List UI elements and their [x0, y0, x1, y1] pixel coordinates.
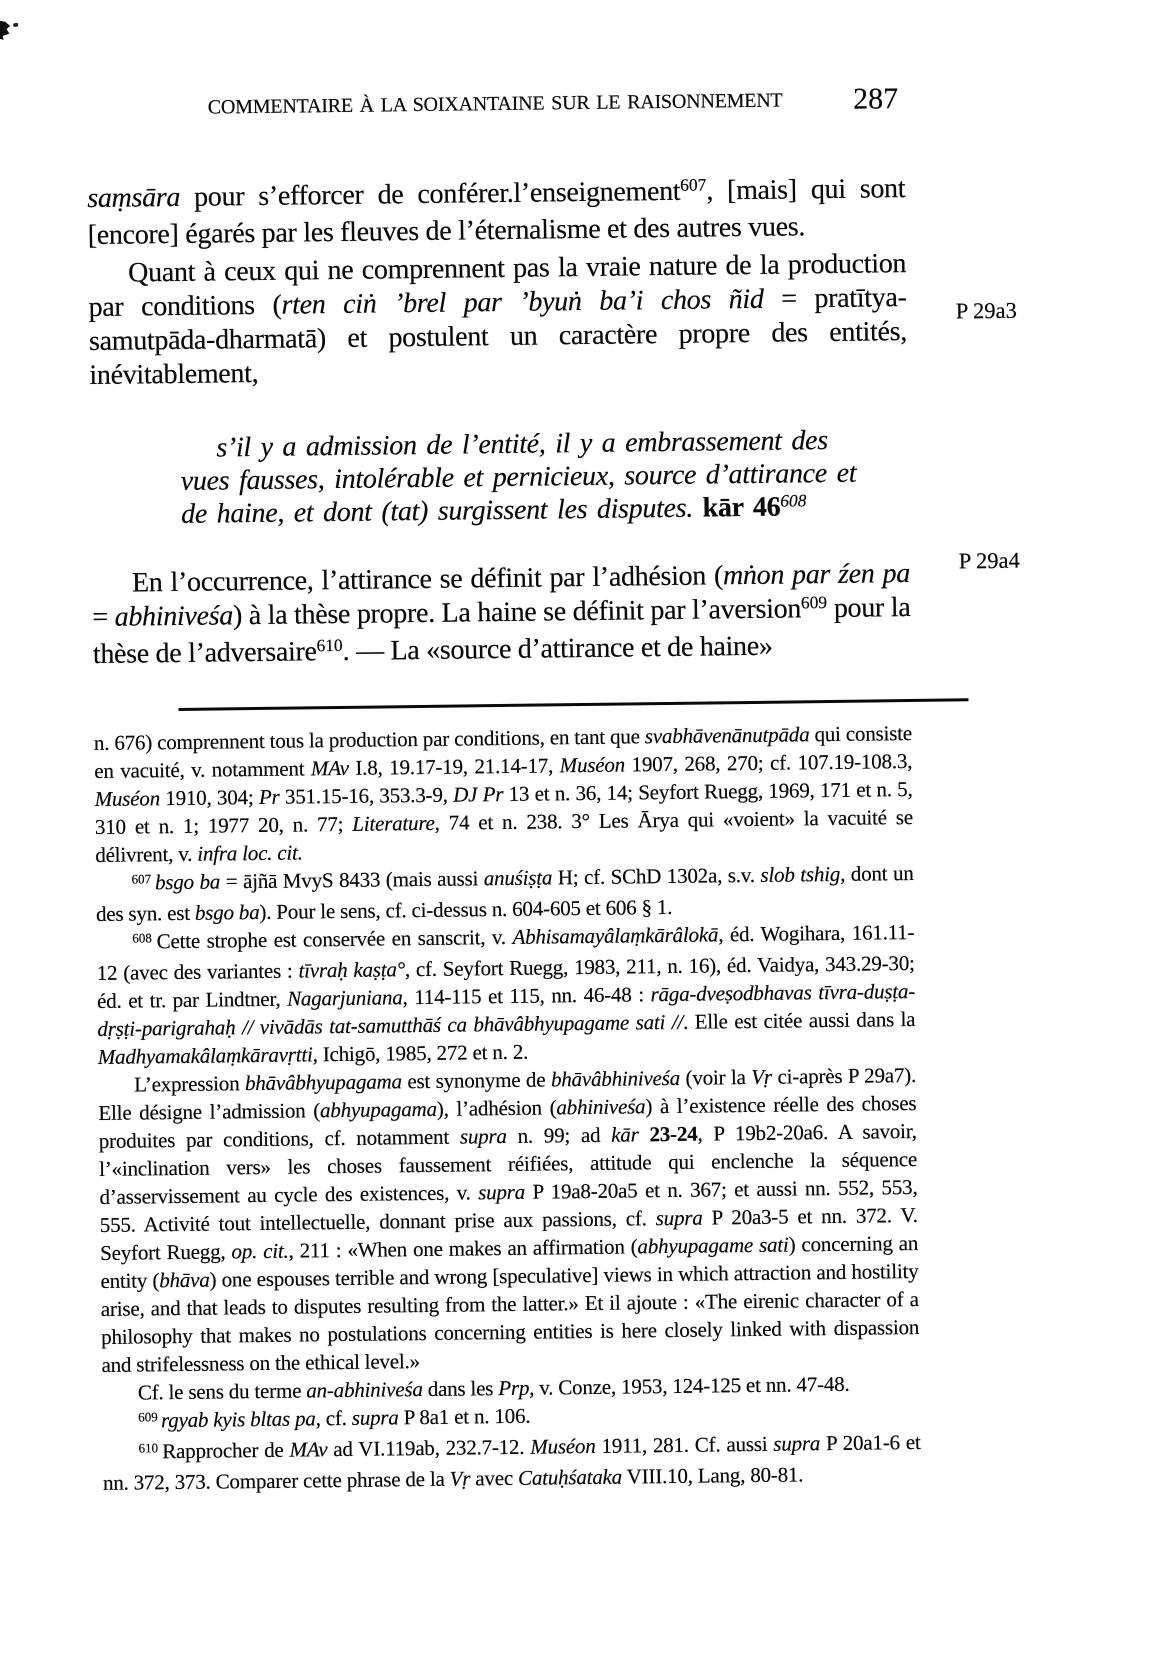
body-paragraph-production: Quant à ceux qui ne comprennent pas la v… [88, 247, 908, 393]
body-paragraph-samsara: saṃsāra pour s’efforcer de conférer.l’en… [87, 172, 906, 253]
page-number: 287 [853, 82, 898, 117]
verse-kar-46: s’il y a admission de l’entité, il y a e… [180, 424, 859, 534]
body-paragraph-occurrence: En l’occurrence, l’attirance se définit … [92, 557, 911, 675]
margin-note-p29a3: P 29a3 [956, 298, 1017, 325]
ink-smudge-artifact [0, 20, 10, 40]
verse-line: de haine, et dont (tat) surgissent les d… [181, 490, 859, 534]
footnote-separator-rule [179, 698, 969, 711]
footnote-607: 607 bsgo ba = ājñā MvyS 8433 (mais aussi… [95, 859, 914, 928]
margin-note-p29a4: P 29a4 [959, 548, 1020, 575]
footnote-continuation: n. 676) comprennent tous la production p… [94, 719, 914, 869]
footnotes-block: n. 676) comprennent tous la production p… [94, 719, 921, 1497]
text-column: COMMENTAIRE À LA SOIXANTAINE SUR LE RAIS… [86, 88, 921, 1497]
ink-dot-artifact [13, 23, 18, 27]
footnote-608: 608 Cette strophe est conservée en sansc… [96, 918, 916, 1071]
footnote-610: 610 Rapprocher de MAv ad VI.119ab, 232.7… [102, 1428, 921, 1497]
footnote-608-expression: L’expression bhāvâbhyupagama est synonym… [98, 1061, 920, 1379]
book-page-scan: P 29a3 P 29a4 COMMENTAIRE À LA SOIXANTAI… [0, 0, 1170, 1654]
running-header-title: COMMENTAIRE À LA SOIXANTAINE SUR LE RAIS… [86, 88, 904, 121]
page-header: COMMENTAIRE À LA SOIXANTAINE SUR LE RAIS… [86, 88, 904, 128]
